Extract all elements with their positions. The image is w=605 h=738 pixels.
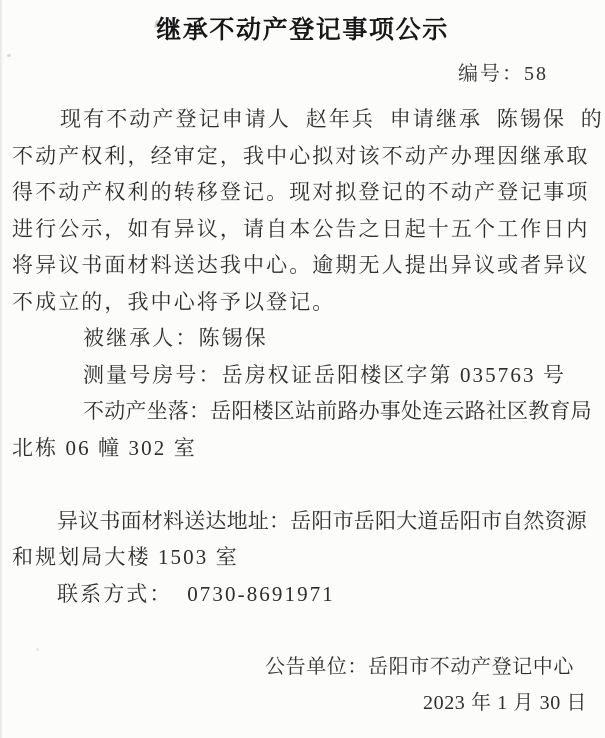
blank-line: [12, 466, 597, 503]
document-page: 继承不动产登记事项公示 编号：58 现有不动产登记申请人 赵年兵 申请继承 陈锡…: [0, 0, 605, 738]
body-line-applicant: 现有不动产登记申请人 赵年兵 申请继承 陈锡保 的: [12, 101, 597, 138]
blank-line: [12, 612, 597, 649]
date-line: 2023 年 1 月 30 日: [12, 685, 597, 722]
objection-address-line-2: 和规划局大楼 1503 室: [12, 539, 597, 576]
body-line: 进行公示，如有异议，请自本公告之日起十五个工作日内: [12, 211, 597, 248]
notice-title: 继承不动产登记事项公示: [0, 13, 605, 47]
body-line: 得不动产权利的转移登记。现对拟登记的不动产登记事项: [12, 174, 597, 211]
issuer-line: 公告单位：岳阳市不动产登记中心: [12, 649, 597, 686]
doc-number: 编号：58: [458, 60, 548, 88]
objection-address-line: 异议书面材料送达地址：岳阳市岳阳大道岳阳市自然资源: [12, 503, 597, 540]
scan-speck: [7, 54, 11, 57]
property-location-line: 不动产坐落：岳阳楼区站前路办事处连云路社区教育局: [12, 393, 597, 430]
scan-edge-shadow: [0, 0, 3, 738]
body-line: 不成立的，我中心将予以登记。: [12, 284, 597, 321]
property-location-line-2: 北栋 06 幢 302 室: [12, 430, 597, 467]
body-line: 不动产权利，经审定，我中心拟对该不动产办理因继承取: [12, 138, 597, 175]
decedent-line: 被继承人：陈锡保: [12, 320, 597, 357]
contact-phone-line: 联系方式： 0730-8691971: [12, 576, 597, 613]
body-line: 将异议书面材料送达我中心。逾期无人提出异议或者异议: [12, 247, 597, 284]
certificate-number-line: 测量号房号：岳房权证岳阳楼区字第 035763 号: [12, 357, 597, 394]
notice-body: 现有不动产登记申请人 赵年兵 申请继承 陈锡保 的 不动产权利，经审定，我中心拟…: [12, 101, 597, 722]
